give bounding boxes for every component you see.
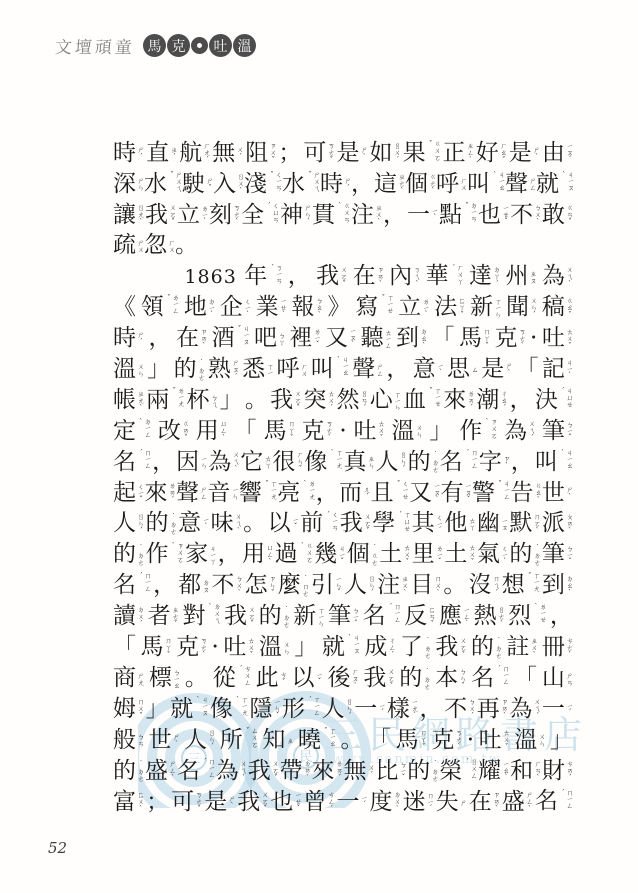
char-unit: 都ㄉㄡ xyxy=(178,573,209,598)
character: 字 xyxy=(479,450,502,475)
char-unit: ， xyxy=(316,481,339,506)
char-unit: ， xyxy=(510,388,533,413)
char-unit: 在ㄗㄞˋ xyxy=(353,264,384,289)
char-unit: 不ㄅㄨˋ xyxy=(211,573,242,598)
char-unit: 然ㄖㄢˊ xyxy=(337,388,368,413)
character: 意 xyxy=(413,357,436,382)
character: 來 xyxy=(144,481,167,506)
zhuyin-ruby: ㄨㄛˇ xyxy=(364,513,371,535)
char-unit: 疏ㄕㄨ xyxy=(113,233,144,258)
char-unit: 注ㄓㄨˋ xyxy=(377,573,408,598)
zhuyin-ruby: ㄧㄡˇ xyxy=(465,483,472,504)
zhuyin-ruby: ˙ㄍㄜ xyxy=(371,544,378,566)
char-unit: 克ㄎㄜˋ xyxy=(176,635,207,660)
character: 後 xyxy=(327,666,350,691)
character: 我 xyxy=(316,264,339,289)
text-line: 定ㄉㄧㄥˋ改ㄍㄞˇ用ㄩㄥˋ「馬ㄇㄚˇ克ㄎㄜˋ·吐ㄊㄨˇ溫ㄨㄣ」作ㄗㄨㄛˋ為ㄨㄟˊ… xyxy=(113,416,573,447)
character: 立 xyxy=(177,203,200,228)
char-unit: 商ㄕㄤ xyxy=(113,666,144,691)
character: 帶 xyxy=(280,759,303,784)
char-unit: 可ㄎㄜˇ xyxy=(303,141,334,166)
char-unit: 用ㄩㄥˋ xyxy=(242,542,273,567)
char-unit: 前ㄑㄧㄢˊ xyxy=(300,511,338,538)
char-unit: 潮ㄔㄠˊ xyxy=(476,388,507,413)
character: 忽 xyxy=(144,233,167,258)
character: 山 xyxy=(542,666,565,691)
zhuyin-ruby: ㄒㄧㄠˇ xyxy=(322,727,336,754)
zhuyin-ruby: ㄐㄧㄠˋ xyxy=(491,171,505,198)
text-line: 名ㄇㄧㄥˊ，都ㄉㄡ不ㄅㄨˋ怎ㄗㄣˇ麼˙ㄇㄜ引ㄧㄣˇ人ㄖㄣˊ注ㄓㄨˋ目ㄇㄨˋ。沒ㄇ… xyxy=(113,570,573,601)
char-unit: 是ㄕˋ xyxy=(509,141,540,166)
char-unit: 為ㄨㄟˊ xyxy=(504,419,535,444)
char-unit: 人ㄖㄣˊ xyxy=(376,450,407,475)
badge-row: 馬克吐溫 xyxy=(143,34,257,57)
character: 財 xyxy=(542,759,565,784)
character: 此 xyxy=(256,666,279,691)
character: 默 xyxy=(509,511,532,536)
character: 突 xyxy=(303,388,326,413)
character: 的 xyxy=(399,666,422,691)
char-unit: 血ㄒㄧㄝˇ xyxy=(403,387,441,414)
character: 富 xyxy=(113,790,136,815)
character: 的 xyxy=(471,635,494,660)
char-unit: ， xyxy=(218,542,241,567)
char-unit: 好ㄏㄠˇ xyxy=(476,141,507,166)
zhuyin-ruby: ㄇㄧˊ xyxy=(427,792,434,813)
character: 好 xyxy=(476,141,499,166)
zhuyin-ruby: ㄏㄨ xyxy=(460,177,467,191)
character: 入 xyxy=(213,172,236,197)
char-unit: 時ㄕˊ xyxy=(113,141,144,166)
char-unit: 沒ㄇㄟˊ xyxy=(469,573,500,598)
zhuyin-ruby: ㄐㄩㄝˊ xyxy=(559,387,573,414)
zhuyin-ruby: ㄑㄧㄝˇ xyxy=(395,480,409,507)
character: 告 xyxy=(510,481,533,506)
character: 麼 xyxy=(278,573,301,598)
character: 「 xyxy=(516,357,539,382)
zhuyin-ruby: ㄐㄧㄚ xyxy=(209,545,216,565)
zhuyin-ruby: ㄏㄢˋ xyxy=(534,760,541,782)
zhuyin-ruby: ㄒㄧㄣ xyxy=(494,298,501,318)
char-unit: 溫ㄨㄣ xyxy=(113,357,144,382)
text-line: 的˙ㄉㄜ作ㄗㄨㄛˋ家ㄐㄧㄚ，用ㄩㄥˋ過ㄍㄨㄛˋ幾ㄐㄧˇ個˙ㄍㄜ土ㄊㄨˇ里ㄌㄧˇ土… xyxy=(113,540,573,571)
page-header: 文壇頑童 馬克吐溫 xyxy=(55,33,257,58)
char-unit: 他ㄊㄚ xyxy=(444,511,475,536)
character: 筆 xyxy=(542,542,565,567)
zhuyin-ruby: ㄕㄣ xyxy=(137,177,144,191)
character: 名 xyxy=(363,604,386,629)
zhuyin-ruby: ㄊㄨˊ xyxy=(327,390,334,412)
character: 悉 xyxy=(242,357,265,382)
char-unit: ， xyxy=(511,450,534,475)
zhuyin-ruby: ㄅㄧˇ xyxy=(399,761,406,782)
char-unit: 吧ㄅㄚ xyxy=(254,326,285,351)
character: 。 xyxy=(175,233,198,258)
char-unit: 後ㄏㄡˋ xyxy=(327,666,358,691)
character: ， xyxy=(288,264,311,289)
zhuyin-ruby: ㄧㄠˋ xyxy=(502,761,509,782)
character: 是 xyxy=(509,141,532,166)
character: 幽 xyxy=(477,511,500,536)
character: 反 xyxy=(404,604,427,629)
character: 我 xyxy=(145,203,168,228)
text-line: 商ㄕㄤ標ㄅㄧㄠ。從ㄘㄨㄥˊ此ㄘˇ以ㄧˇ後ㄏㄡˋ我ㄨㄛˇ的˙ㄉㄜ本ㄅㄣˇ名ㄇㄧㄥˊ… xyxy=(113,663,573,694)
character: 航 xyxy=(179,141,202,166)
character: 盛 xyxy=(145,759,168,784)
zhuyin-ruby: ㄧˋ xyxy=(202,517,209,531)
zhuyin-ruby: ㄧㄝˇ xyxy=(294,792,301,813)
character: 我 xyxy=(435,635,458,660)
char-unit: 是ㄕˋ xyxy=(336,141,367,166)
char-unit: ； xyxy=(278,141,301,166)
zhuyin-ruby: ㄊㄨˇ xyxy=(403,544,410,566)
char-unit: 財ㄘㄞˊ xyxy=(542,759,573,784)
zhuyin-ruby: ㄊㄨˇ xyxy=(378,420,385,442)
zhuyin-ruby: ㄋㄧㄢˊ xyxy=(268,264,282,291)
zhuyin-ruby: ㄓㄨˋ xyxy=(375,204,382,226)
character: 不 xyxy=(444,697,467,722)
character: 筆 xyxy=(328,604,351,629)
char-unit: 知ㄓ xyxy=(262,728,293,753)
zhuyin-ruby: ㄑㄧˇ xyxy=(137,483,144,504)
character: 人 xyxy=(376,450,399,475)
char-unit: 本ㄅㄣˇ xyxy=(435,666,466,691)
character: 馬 xyxy=(141,635,164,660)
character: 叫 xyxy=(311,357,334,382)
zhuyin-ruby: ㄗㄨㄛˋ xyxy=(483,418,497,445)
character: 派 xyxy=(542,511,565,536)
zhuyin-ruby: ㄕˊ xyxy=(344,177,351,192)
zhuyin-ruby: ㄒㄧㄣ xyxy=(317,607,324,627)
zhuyin-ruby: ㄉㄡ xyxy=(202,579,209,593)
zhuyin-ruby: ㄍㄠˋ xyxy=(534,482,541,504)
character: 時 xyxy=(320,172,343,197)
char-unit: 「 xyxy=(234,419,257,444)
character: 潮 xyxy=(476,388,499,413)
char-unit: 字ㄗˋ xyxy=(479,450,510,475)
char-unit: 名ㄇㄧㄥˊ xyxy=(363,603,401,630)
zhuyin-ruby: ㄐㄧㄡˋ xyxy=(346,634,360,661)
char-unit: 我ㄨㄛˇ xyxy=(248,759,279,784)
character: ， xyxy=(152,450,175,475)
char-unit: 者ㄓㄜˇ xyxy=(148,604,179,629)
char-unit: 「 xyxy=(516,357,539,382)
zhuyin-ruby: ㄏㄨ xyxy=(300,363,307,377)
char-unit: 我ㄨㄛˇ xyxy=(363,666,394,691)
zhuyin-ruby: ㄓㄜˋ xyxy=(398,173,405,195)
char-unit: 所ㄙㄨㄛˇ xyxy=(220,727,258,754)
badge-char: 馬 xyxy=(143,34,166,57)
zhuyin-ruby: ㄨㄛˇ xyxy=(248,606,255,628)
zhuyin-ruby: ㄑㄧˊ xyxy=(436,514,443,535)
zhuyin-ruby: ㄇㄚˇ xyxy=(483,328,490,350)
char-unit: 默ㄇㄛˋ xyxy=(509,511,540,536)
zhuyin-ruby: ㄧˋ xyxy=(431,208,438,222)
character: 溫 xyxy=(514,728,537,753)
char-unit: 在ㄗㄞˋ xyxy=(176,326,207,351)
zhuyin-ruby: ㄆㄞˋ xyxy=(566,513,573,535)
zhuyin-ruby: ㄇㄚˇ xyxy=(420,729,427,751)
zhuyin-ruby: ㄊㄚ xyxy=(468,517,475,531)
character: 學 xyxy=(372,511,395,536)
character: 在 xyxy=(469,790,492,815)
character: 度 xyxy=(370,790,393,815)
zhuyin-ruby: ㄇㄧㄥˊ xyxy=(495,665,509,692)
char-unit: 」 xyxy=(146,697,169,722)
text-line: 1863年ㄋㄧㄢˊ，我ㄨㄛˇ在ㄗㄞˋ內ㄋㄟˋ華ㄏㄨㄚˊ達ㄉㄚˊ州ㄓㄡ為ㄨㄟˋ xyxy=(113,262,573,293)
char-unit: 一ㄧˊ xyxy=(336,790,367,815)
zhuyin-ruby: ㄇㄧㄥˊ xyxy=(137,449,151,476)
character: 的 xyxy=(113,542,136,567)
character: 作 xyxy=(146,542,169,567)
zhuyin-ruby: ㄏㄣˇ xyxy=(296,451,303,473)
char-unit: 亮ㄌㄧㄤˋ xyxy=(277,480,315,507)
zhuyin-ruby: ㄧˊ xyxy=(378,703,385,717)
character: 貫 xyxy=(312,203,335,228)
text-line: 《領ㄌㄧㄥˇ地ㄉㄧˋ企ㄑㄧˋ業ㄧㄝˋ報ㄅㄠˋ》寫ㄒㄧㄝˇ立ㄌㄧˋ法ㄈㄚˇ新ㄒㄧㄣ… xyxy=(113,292,573,323)
char-unit: 個˙ㄍㄜ xyxy=(347,542,378,567)
char-unit: 立ㄌㄧˋ xyxy=(177,203,208,228)
character: ， xyxy=(149,326,172,351)
character: 到 xyxy=(396,326,419,351)
text-line: 般ㄅㄢ世ㄕˋ人ㄖㄣˊ所ㄙㄨㄛˇ知ㄓ曉ㄒㄧㄠˇ。「馬ㄇㄚˇ克ㄎㄜˋ·吐ㄊㄨˇ溫ㄨㄣ… xyxy=(113,725,573,756)
char-unit: 叫ㄐㄧㄠˋ xyxy=(535,449,573,476)
zhuyin-ruby: ㄐㄧㄠˋ xyxy=(335,356,349,383)
zhuyin-ruby: ㄌㄧㄤˇ xyxy=(170,387,184,414)
char-unit: 又ㄧㄡˋ xyxy=(325,326,356,351)
char-unit: 名ㄇㄧㄥˊ xyxy=(440,449,478,476)
character: 者 xyxy=(148,604,171,629)
char-unit: · xyxy=(530,326,537,351)
zhuyin-ruby: ㄉㄞˋ xyxy=(304,760,311,782)
char-unit: 的˙ㄉㄜ xyxy=(146,511,177,536)
character: 地 xyxy=(184,295,207,320)
char-unit: 筆ㄅㄧˇ xyxy=(542,542,573,567)
char-unit: ， xyxy=(288,264,311,289)
char-unit: 阻ㄗㄨˇ xyxy=(245,141,276,166)
zhuyin-ruby: ㄉㄠˋ xyxy=(566,575,573,597)
zhuyin-ruby: ㄍㄨㄛˋ xyxy=(299,542,313,569)
character: 起 xyxy=(113,481,136,506)
zhuyin-ruby: ㄎㄜˋ xyxy=(200,637,207,659)
char-unit: 不ㄅㄨˋ xyxy=(510,203,541,228)
char-unit: 「 xyxy=(113,635,136,660)
zhuyin-ruby: ㄑㄧㄢˊ xyxy=(324,511,338,538)
character: 聲 xyxy=(352,357,375,382)
character: 吐 xyxy=(542,326,565,351)
char-unit: 怎ㄗㄣˇ xyxy=(245,573,276,598)
character: 立 xyxy=(398,295,421,320)
char-unit: 其ㄑㄧˊ xyxy=(412,511,443,536)
char-unit: 家ㄐㄧㄚ xyxy=(185,542,216,567)
zhuyin-ruby: ㄒㄧㄤˇ xyxy=(263,480,277,507)
char-unit: 盛ㄕㄥˋ xyxy=(502,790,533,815)
char-unit: 真ㄓㄣ xyxy=(343,450,374,475)
char-unit: 「 xyxy=(514,666,537,691)
zhuyin-ruby: ㄔㄠˊ xyxy=(500,390,507,412)
zhuyin-ruby: ˙ㄉㄜ xyxy=(432,451,439,473)
text-line: 帳ㄓㄤˋ兩ㄌㄧㄤˇ杯ㄅㄟ」。我ㄨㄛˇ突ㄊㄨˊ然ㄖㄢˊ心ㄒㄧㄣ血ㄒㄧㄝˇ來ㄌㄞˊ潮… xyxy=(113,385,573,416)
character: 來 xyxy=(443,388,466,413)
character: 溫 xyxy=(259,635,282,660)
char-unit: 的˙ㄉㄜ xyxy=(471,635,502,660)
char-unit: 可ㄎㄜˇ xyxy=(171,790,202,815)
zhuyin-ruby: ㄇㄨˋ xyxy=(434,575,441,597)
character: 酒 xyxy=(212,326,235,351)
character: 名 xyxy=(471,666,494,691)
zhuyin-ruby: ㄗㄞˋ xyxy=(493,791,500,813)
zhuyin-ruby: ㄅㄚ xyxy=(278,332,285,346)
zhuyin-ruby: ㄒㄧㄤˋ xyxy=(234,696,248,723)
zhuyin-ruby: ㄔㄥˊ xyxy=(388,637,395,659)
character: 想 xyxy=(502,573,525,598)
character: 人 xyxy=(184,728,207,753)
character: 呼 xyxy=(276,357,299,382)
char-unit: 年ㄋㄧㄢˊ xyxy=(244,264,282,291)
zhuyin-ruby: ㄧㄝˋ xyxy=(280,298,287,319)
zhuyin-ruby: ㄊㄨˇ xyxy=(468,544,475,566)
character: 個 xyxy=(405,172,428,197)
zhuyin-ruby: ㄅㄧˇ xyxy=(566,421,573,442)
char-unit: 烈ㄌㄧㄝˋ xyxy=(508,603,546,630)
char-unit: 吐ㄊㄨˇ xyxy=(223,635,254,660)
zhuyin-ruby: ㄧㄡ xyxy=(501,518,508,531)
char-unit: 註ㄓㄨˋ xyxy=(506,635,537,660)
char-unit: 帶ㄉㄞˋ xyxy=(280,759,311,784)
character: 克 xyxy=(176,635,199,660)
zhuyin-ruby: ㄅㄧㄠ xyxy=(173,669,180,689)
zhuyin-ruby: ㄌㄧˋ xyxy=(201,205,208,226)
char-unit: 正ㄓㄥˋ xyxy=(443,141,474,166)
character: 亮 xyxy=(277,481,300,506)
character: 企 xyxy=(220,295,243,320)
char-unit: 深ㄕㄣ xyxy=(113,172,144,197)
character: 怎 xyxy=(245,573,268,598)
char-unit: 是ㄕˋ xyxy=(204,790,235,815)
char-unit: 此ㄘˇ xyxy=(256,666,287,691)
character: 里 xyxy=(412,542,435,567)
character: 為 xyxy=(504,419,527,444)
zhuyin-ruby: ㄊㄚ xyxy=(264,455,271,469)
char-unit: 領ㄌㄧㄥˇ xyxy=(141,294,179,321)
character: 」 xyxy=(550,728,573,753)
char-unit: 州ㄓㄡ xyxy=(505,264,536,289)
zhuyin-ruby: ㄅㄨˊ xyxy=(468,698,475,720)
zhuyin-ruby: ㄇㄚˇ xyxy=(288,420,295,442)
zhuyin-ruby: ㄅㄧˇ xyxy=(566,545,573,566)
zhuyin-ruby: ㄕˋ xyxy=(566,486,573,501)
zhuyin-ruby: ㄒㄧㄥˊ xyxy=(306,696,320,723)
character: 的 xyxy=(146,511,169,536)
char-unit: 我ㄨㄛˇ xyxy=(145,203,176,228)
character: ， xyxy=(386,357,409,382)
char-unit: 聞ㄨㄣˊ xyxy=(506,295,537,320)
character: 駛 xyxy=(182,172,205,197)
character: 水 xyxy=(144,172,167,197)
character: 熱 xyxy=(474,604,497,629)
character: 如 xyxy=(370,141,393,166)
character: 為 xyxy=(509,697,532,722)
zhuyin-ruby: ㄓㄣ xyxy=(367,455,374,469)
character: 像 xyxy=(210,697,233,722)
character: ； xyxy=(278,141,301,166)
character: 「 xyxy=(234,419,257,444)
character: 全 xyxy=(241,203,264,228)
zhuyin-ruby: ㄨㄟˋ xyxy=(235,513,242,535)
badge-char: 克 xyxy=(167,34,190,57)
zhuyin-ruby: ㄨㄣ xyxy=(283,641,290,655)
char-unit: 姆ㄇㄨˇ xyxy=(113,697,144,722)
zhuyin-ruby: ㄅㄧˇ xyxy=(352,607,359,628)
zhuyin-ruby: ㄗㄨˇ xyxy=(269,142,276,164)
zhuyin-ruby: ㄕˋ xyxy=(505,362,512,377)
char-unit: 果ㄍㄨㄛˇ xyxy=(403,140,441,167)
character: 「 xyxy=(514,666,537,691)
character: 華 xyxy=(426,264,449,289)
char-unit: 裡ㄌㄧˇ xyxy=(290,326,321,351)
char-unit: 如ㄖㄨˊ xyxy=(370,141,401,166)
char-unit: 世ㄕˋ xyxy=(542,481,573,506)
character: 盛 xyxy=(502,790,525,815)
text-line: 時ㄕˊ，在ㄗㄞˋ酒ㄐㄧㄡˇ吧ㄅㄚ裡ㄌㄧˇ又ㄧㄡˋ聽ㄊㄧㄥ到ㄉㄠˋ「馬ㄇㄚˇ克ㄎㄜ… xyxy=(113,323,573,354)
char-unit: 警ㄐㄧㄥˇ xyxy=(472,480,510,507)
char-unit: 駛ㄕˇ xyxy=(182,172,213,197)
character: 在 xyxy=(176,326,199,351)
char-unit: 隱ㄧㄣˇ xyxy=(249,697,280,722)
char-unit: 像ㄒㄧㄤˋ xyxy=(304,449,342,476)
char-unit: ； xyxy=(146,790,169,815)
zhuyin-ruby: ㄉㄧㄥˋ xyxy=(137,418,151,445)
character: 的 xyxy=(259,604,282,629)
char-unit: 樣ㄧㄤˋ xyxy=(387,697,418,722)
char-unit: 帳ㄓㄤˋ xyxy=(113,388,144,413)
char-unit: 從ㄘㄨㄥˊ xyxy=(213,665,251,692)
zhuyin-ruby: ㄗㄞˋ xyxy=(200,328,207,350)
character: 真 xyxy=(343,450,366,475)
char-unit: 。 xyxy=(185,666,208,691)
char-unit: 像ㄒㄧㄤˋ xyxy=(210,696,248,723)
zhuyin-ruby: ㄈㄢˇ xyxy=(428,606,435,628)
character: 為 xyxy=(542,264,565,289)
char-unit: 名ㄇㄧㄥˊ xyxy=(113,572,151,599)
character: 點 xyxy=(439,203,462,228)
zhuyin-ruby: ㄏㄡˋ xyxy=(351,668,358,690)
char-unit: 也ㄧㄝˇ xyxy=(478,203,509,228)
char-unit: 熟ㄕㄡˊ xyxy=(208,357,239,382)
character: 前 xyxy=(300,511,323,536)
char-unit: 又ㄧㄡˋ xyxy=(409,481,440,506)
char-unit: 反ㄈㄢˇ xyxy=(404,604,435,629)
char-unit: 以ㄧˇ xyxy=(268,511,299,536)
char-unit: 而ㄦˊ xyxy=(339,481,370,506)
character: ， xyxy=(383,203,406,228)
character: 警 xyxy=(472,481,495,506)
zhuyin-ruby: ㄧㄡˋ xyxy=(349,328,356,349)
char-unit: 一ㄧˊ xyxy=(354,697,385,722)
zhuyin-ruby: ㄋㄟˋ xyxy=(413,266,420,288)
char-unit: 人ㄖㄣˊ xyxy=(113,511,144,536)
character: 時 xyxy=(113,141,136,166)
char-unit: 馬ㄇㄚˇ xyxy=(459,326,490,351)
zhuyin-ruby: ㄕㄥ xyxy=(529,177,536,191)
character: 杯 xyxy=(186,388,209,413)
character: 家 xyxy=(185,542,208,567)
char-unit: 馬ㄇㄚˇ xyxy=(396,728,427,753)
zhuyin-ruby: ㄍㄢˇ xyxy=(566,204,573,226)
zhuyin-ruby: ㄨˊ xyxy=(236,146,243,161)
char-unit: 因ㄧㄣ xyxy=(176,450,207,475)
char-unit: 業ㄧㄝˋ xyxy=(256,295,287,320)
